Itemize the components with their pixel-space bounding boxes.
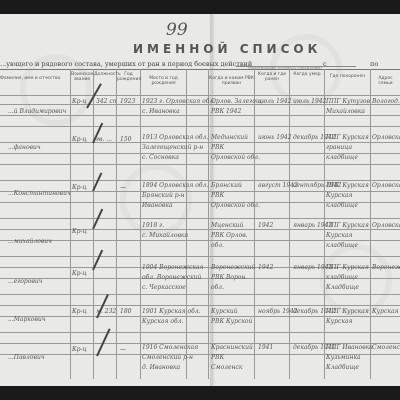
cell-year: — (120, 184, 126, 191)
cell-rvk: РВК (211, 354, 224, 361)
row-line (0, 256, 400, 257)
period-to: по (370, 60, 378, 68)
cell-birth: 1901 Курская обл. (142, 308, 201, 315)
cell-buried: кладбище (326, 202, 358, 209)
column-divider (370, 69, 371, 379)
cell-name: ...фанович (8, 144, 41, 151)
row-line (0, 164, 400, 165)
cell-buried: ППГ Курская (326, 308, 369, 315)
cell-rvk: Смоленск (211, 364, 242, 371)
cell-birth: Ивановка (142, 202, 173, 209)
column-divider (140, 69, 141, 379)
page-number: 99 (166, 20, 188, 40)
cell-buried: Михайловка (326, 108, 365, 115)
cell-buried: Курская (326, 318, 352, 325)
row-line (0, 126, 400, 127)
cell-wounded: 1942 (258, 264, 273, 271)
cell-birth: 1916 Смоленская (142, 344, 198, 351)
cell-buried: Курская (326, 192, 352, 199)
cell-year: — (120, 346, 126, 353)
cell-name: ...михайлович (8, 238, 52, 245)
document-subtitle: ...ующего и рядового состава, умерших от… (0, 60, 252, 68)
header-name: Фамилия, имя и отчество (0, 76, 70, 81)
cell-buried: Кладбище (326, 364, 359, 371)
cell-rvk: Курский (211, 308, 238, 315)
cell-buried: ППГ Курская (326, 264, 369, 271)
row-line (0, 332, 400, 333)
cell-died: июль 1942 (293, 98, 326, 105)
row-line (0, 180, 400, 181)
cell-birth: с. Михайловка (142, 232, 188, 239)
cell-family: Орловская обл. (372, 222, 400, 229)
cell-buried: кладбище (326, 274, 358, 281)
cell-buried: ППГ Ивановка (326, 344, 373, 351)
cell-buried: кладбище (326, 154, 358, 161)
row-line (0, 294, 400, 295)
row-line (0, 240, 400, 241)
cell-birth: Смоленский р-н (142, 354, 193, 361)
cell-rvk: Орловской обл. (211, 154, 260, 161)
cell-family: Вологод. обл. (372, 98, 400, 105)
header-position: Должность (94, 72, 116, 77)
column-divider (254, 69, 255, 379)
cell-name: ...Константинович (8, 190, 71, 197)
cell-buried: Кузьминка (326, 354, 361, 361)
cell-birth: Курская обл. (142, 318, 183, 325)
cell-rank: Кр-ц (72, 136, 87, 143)
header-bottom (0, 95, 400, 96)
cell-name: ...егорович (8, 278, 42, 285)
cell-birth: д. Ивановка (142, 364, 180, 371)
cell-birth: с. Черкасское (142, 284, 186, 291)
cell-rvk: РВК 1942 (211, 108, 241, 115)
row-line (0, 229, 400, 230)
cell-buried: граница (326, 144, 352, 151)
cell-wounded: июнь 1942 (258, 134, 292, 141)
cell-family: Смоленская обл. (372, 344, 400, 351)
row-line (0, 142, 400, 143)
cell-family: Курская обл. (372, 308, 400, 315)
cell-rvk: РВК Орлов. (211, 232, 248, 239)
header-birthplace: Место и год рождения (141, 76, 186, 86)
cell-family: Орловская обл. (372, 182, 400, 189)
column-divider (186, 69, 187, 379)
header-wounded: Когда и где ранен (255, 72, 289, 82)
column-divider (116, 69, 117, 379)
cell-birth: с. Сосновка (142, 154, 179, 161)
header-year: Год рождения (117, 72, 140, 82)
cell-rvk: обл. (211, 242, 224, 249)
header-rvk: Когда и каким РВК призван (209, 76, 254, 86)
cell-rvk: Воронежский (211, 264, 255, 271)
cell-name: ...Павлович (8, 354, 45, 361)
cell-rank: Кр-ц (72, 228, 87, 235)
cell-rvk: обл. (211, 284, 224, 291)
cell-buried: ППГ Курская (326, 134, 369, 141)
cell-wounded: август 1942 (258, 182, 298, 189)
cell-rvk: Медынский (211, 134, 248, 141)
cell-year: 150 (120, 136, 131, 143)
document-title: ИМЕННОЙ СПИСОК (133, 42, 321, 56)
cell-wounded: июль 1942 (258, 98, 291, 105)
cell-buried: ППГ Курская (326, 222, 369, 229)
cell-birth: Залегощенский р-н (142, 144, 203, 151)
row-line (0, 115, 400, 116)
cell-wounded: 1942 (258, 222, 273, 229)
cell-rank: Кр-ц (72, 308, 87, 315)
row-line (0, 218, 400, 219)
cell-rvk: Мценский (211, 222, 244, 229)
cell-unit: 342 сп (96, 98, 117, 105)
row-line (0, 316, 400, 317)
cell-rank: Кр-ц (72, 98, 87, 105)
cell-birth: 1894 Орловская обл. (142, 182, 208, 189)
header-family: Адрес семьи (371, 76, 400, 86)
cell-rvk: Краснинский (211, 344, 253, 351)
cell-buried: Кладбище (326, 284, 359, 291)
cell-family: Воронежская обл. (372, 264, 400, 271)
cell-buried: Курская (326, 232, 352, 239)
cell-rvk: Брянский (211, 182, 242, 189)
cell-unit: гв. ... (96, 136, 112, 143)
cell-birth: обл. Воронежский (142, 274, 201, 281)
period-from: с (323, 60, 327, 68)
header-died: Когда умер (290, 72, 324, 77)
cell-rank: Кр-ц (72, 346, 87, 353)
cell-year: 180 (120, 308, 131, 315)
scanned-document: 99 ИМЕННОЙ СПИСОК ...ующего и рядового с… (0, 14, 400, 386)
cell-birth: 1913 Орловская обл. (142, 134, 208, 141)
column-divider (208, 69, 209, 379)
column-divider (70, 69, 71, 379)
header-buried: Где похоронен (325, 74, 370, 79)
cell-wounded: 1941 (258, 344, 273, 351)
cell-rvk: Орловской обл. (211, 202, 260, 209)
cell-buried: кладбище (326, 242, 358, 249)
cell-birth: 1923 г. Орловская обл. (142, 98, 215, 105)
cell-rank: Кр-ц (72, 270, 87, 277)
cell-rank: Кр-ц (72, 184, 87, 191)
cell-buried: ППГ Курская (326, 182, 369, 189)
cell-birth: 1918 г. (142, 222, 164, 229)
cell-name: ...й Владимирович (8, 108, 66, 115)
cell-buried: ППГ Кутузов (326, 98, 370, 105)
cell-rvk: РВК (211, 144, 224, 151)
cell-wounded: ноябрь 1942 (258, 308, 297, 315)
cell-rvk: РВК Ворон. (211, 274, 247, 281)
header-rank: Воинское звание (71, 72, 93, 82)
cell-year: 1923 (120, 98, 135, 105)
column-divider (289, 69, 290, 379)
row-line (0, 305, 400, 306)
cell-rvk: Орлов. Залегощ. (211, 98, 264, 105)
cell-rvk: РВК Курской (211, 318, 252, 325)
cell-rvk: РВК (211, 192, 224, 199)
cell-birth: 1904 Воронежская (142, 264, 203, 271)
cell-family: Орловская обл. (372, 134, 400, 141)
cell-birth: Брянский р-н (142, 192, 185, 199)
cell-birth: с. Ивановка (142, 108, 180, 115)
cell-name: ...Маркович (8, 316, 46, 323)
table-top (0, 69, 400, 70)
